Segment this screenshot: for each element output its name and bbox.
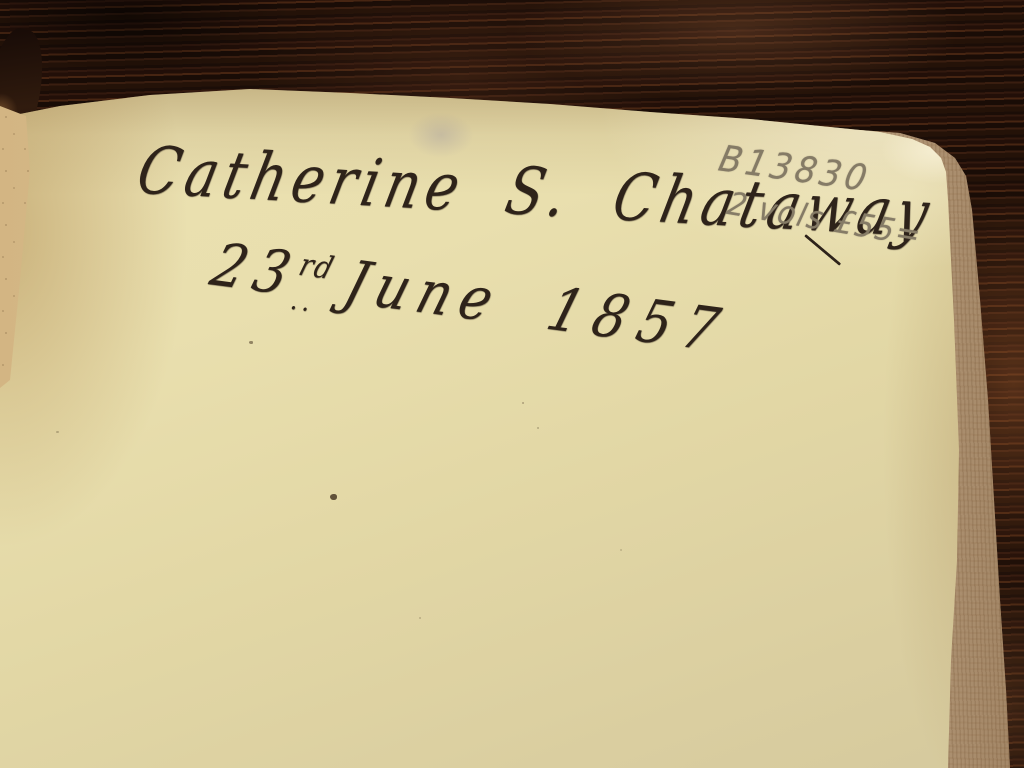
paper-speck (330, 494, 337, 500)
paper-speck (522, 402, 524, 404)
paper-speck (419, 617, 421, 619)
paper-speck (56, 431, 59, 433)
paper-speck (249, 341, 253, 344)
paper-speck (620, 549, 622, 551)
photo-of-book-on-table: Catherine S. Chataway 23rd··June1857 B13… (0, 0, 1024, 768)
paper-speck (537, 427, 539, 429)
